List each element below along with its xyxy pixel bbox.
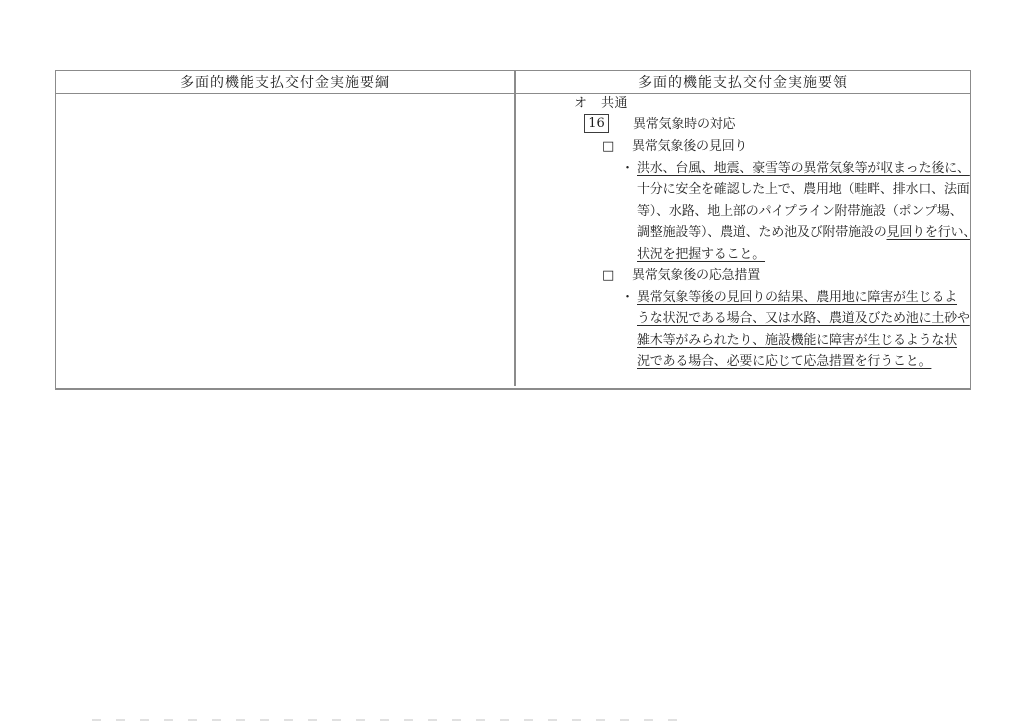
wrapped-line: 況である場合、必要に応じて応急措置を行うこと。: [516, 351, 970, 373]
table-body-row: オ 共通 16 異常気象時の対応 □ 異常気象後の見回り ・洪水、台風、地震、豪…: [56, 94, 970, 386]
item-title: 異常気象時の対応: [633, 117, 735, 132]
bullet-line: ・異常気象等後の見回りの結果、農用地に障害が生じるよ: [516, 287, 970, 309]
table-header-row: 多面的機能支払交付金実施要綱 多面的機能支払交付金実施要領: [56, 71, 970, 94]
right-column-cell: オ 共通 16 異常気象時の対応 □ 異常気象後の見回り ・洪水、台風、地震、豪…: [516, 94, 970, 386]
subsection-heading: 異常気象後の見回り: [632, 139, 747, 154]
checkbox-icon: □: [602, 265, 614, 287]
wrapped-line: 等）、水路、地上部のパイプライン附帯施設（ポンプ場、: [516, 201, 970, 223]
wrapped-line: うな状況である場合、又は水路、農道及びため池に土砂や: [516, 308, 970, 330]
left-column-cell-empty: [56, 94, 516, 386]
section-line: オ 共通: [516, 95, 970, 113]
body-text-underlined: 況である場合、必要に応じて応急措置を行うこと。: [637, 354, 931, 369]
body-text: 調整施設等）、農道、ため池及び附帯施設の: [637, 225, 887, 240]
wrapped-line: 雑木等がみられたり、施設機能に障害が生じるような状: [516, 330, 970, 352]
body-text: 等）、水路、地上部のパイプライン附帯施設（ポンプ場、: [637, 204, 963, 219]
body-text-underlined: 見回りを行い、: [887, 225, 970, 240]
document-page: 多面的機能支払交付金実施要綱 多面的機能支払交付金実施要領 オ 共通 16 異常…: [0, 0, 1024, 724]
wrapped-line: 十分に安全を確認した上で、農用地（畦畔、排水口、法面: [516, 179, 970, 201]
body-text: 洪水、台風、地震、豪雪等の異常気象等が収まった後に、: [637, 161, 970, 176]
item-line: 16 異常気象時の対応: [516, 113, 970, 136]
body-text-underlined: 状況を把握すること。: [637, 247, 765, 262]
body-text-underlined: 雑木等がみられたり、施設機能に障害が生じるような状: [637, 333, 957, 348]
header-cell-youkou: 多面的機能支払交付金実施要綱: [56, 71, 516, 93]
header-cell-youryou: 多面的機能支払交付金実施要領: [516, 71, 970, 93]
wrapped-line: 状況を把握すること。: [516, 244, 970, 266]
section-label: オ 共通: [574, 96, 628, 111]
checkbox-icon: □: [602, 136, 614, 158]
wrapped-line: 調整施設等）、農道、ため池及び附帯施設の見回りを行い、: [516, 222, 970, 244]
body-text-underlined: うな状況である場合、又は水路、農道及びため池に土砂や: [637, 311, 970, 326]
comparison-table: 多面的機能支払交付金実施要綱 多面的機能支払交付金実施要領 オ 共通 16 異常…: [55, 70, 971, 390]
item-number-box: 16: [584, 114, 609, 133]
bullet-line: ・洪水、台風、地震、豪雪等の異常気象等が収まった後に、: [516, 158, 970, 180]
body-text-underlined: 異常気象等後の見回りの結果、農用地に障害が生じるよ: [637, 290, 957, 305]
subsection-heading-line: □ 異常気象後の見回り: [516, 136, 970, 158]
subsection-heading: 異常気象後の応急措置: [632, 268, 760, 283]
subsection-heading-line: □ 異常気象後の応急措置: [516, 265, 970, 287]
bullet-icon: ・: [621, 287, 637, 309]
bullet-icon: ・: [621, 158, 637, 180]
body-text: 十分に安全を確認した上で、農用地（畦畔、排水口、法面: [637, 182, 970, 197]
scan-artifact-line: [92, 719, 692, 721]
